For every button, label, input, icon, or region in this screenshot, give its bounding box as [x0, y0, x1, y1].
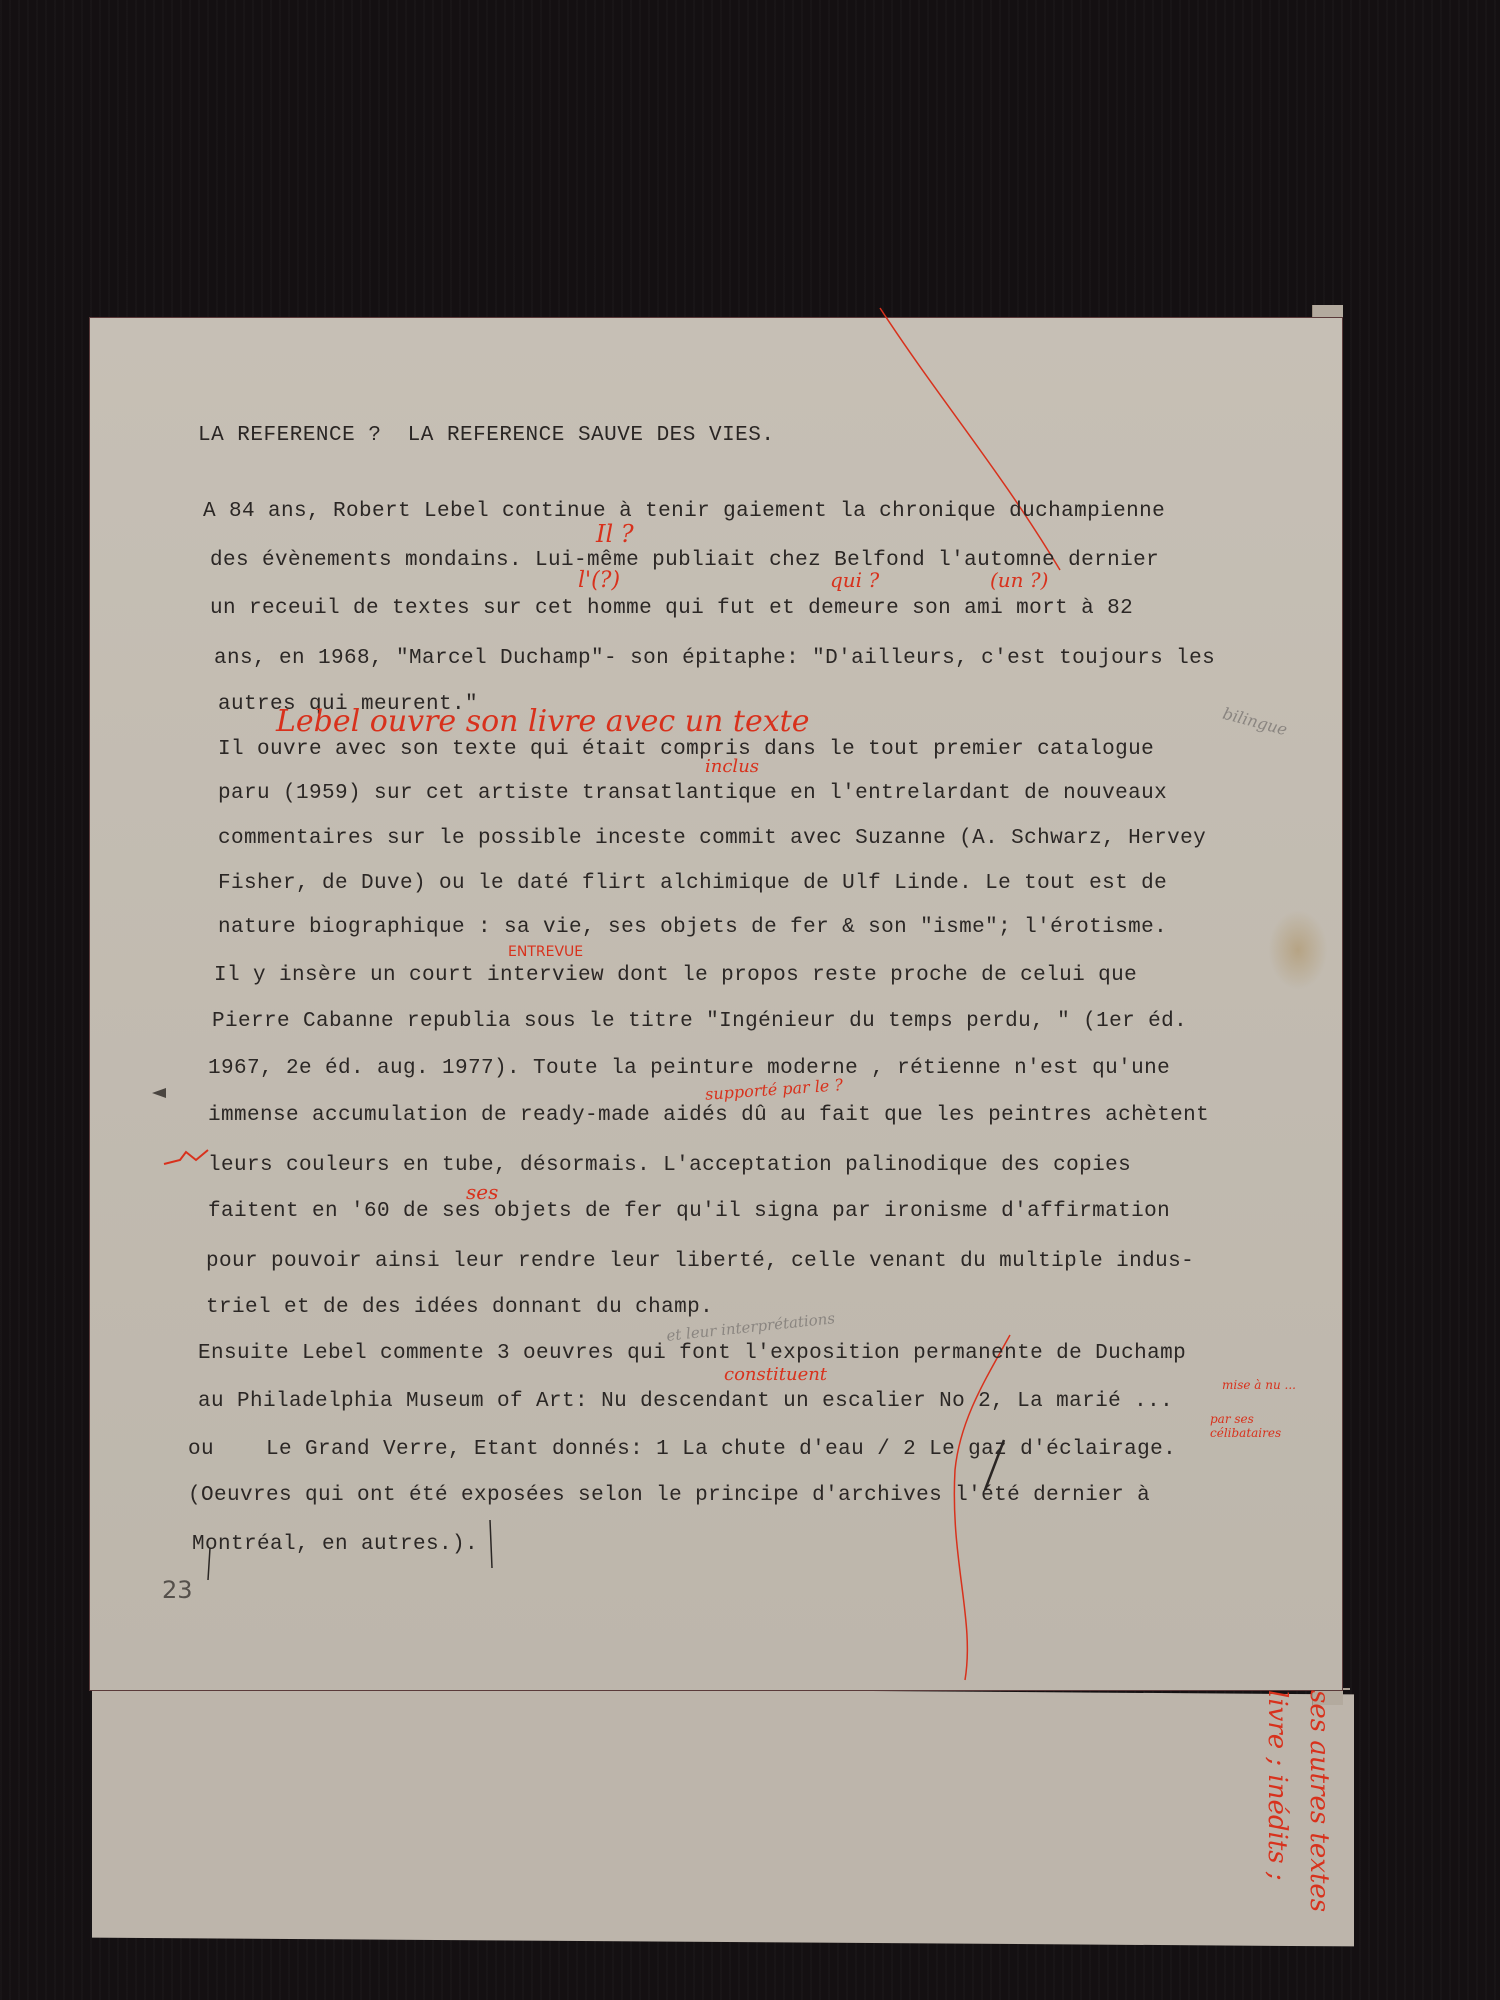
- annotation-celibataires: par ses célibataires: [1210, 1412, 1320, 1440]
- text-line: ou Le Grand Verre, Etant donnés: 1 La ch…: [188, 1438, 1176, 1461]
- annotation-marie: mise à nu ...: [1222, 1378, 1296, 1392]
- annotation-entrevue: ENTREVUE: [508, 944, 583, 960]
- text-line: Ensuite Lebel commente 3 oeuvres qui fon…: [198, 1342, 1186, 1365]
- annotation-inclus: inclus: [705, 756, 759, 777]
- text-line: 1967, 2e éd. aug. 1977). Toute la peintu…: [208, 1057, 1170, 1080]
- annotation-qui-question: qui ?: [830, 568, 879, 592]
- text-line: triel et de des idées donnant du champ.: [206, 1296, 713, 1319]
- annotation-il: Il ?: [596, 520, 634, 548]
- annotation-un-question: (un ?): [990, 568, 1048, 592]
- document-title: LA REFERENCE ? LA REFERENCE SAUVE DES VI…: [198, 424, 775, 447]
- annotation-l-question: l'(?): [578, 568, 620, 593]
- text-line: Montréal, en autres.).: [192, 1533, 478, 1556]
- margin-note-right: ses autres textes livre ; inédits ;: [1190, 1690, 1340, 1930]
- text-line: Fisher, de Duve) ou le daté flirt alchim…: [218, 872, 1167, 895]
- annotation-ses: ses: [466, 1180, 498, 1204]
- text-line: faitent en '60 de ses objets de fer qu'i…: [208, 1200, 1170, 1223]
- annotation-constituent: constituent: [724, 1364, 827, 1385]
- page-number: 23: [162, 1576, 193, 1604]
- text-line: immense accumulation de ready-made aidés…: [208, 1104, 1209, 1127]
- text-line: (Oeuvres qui ont été exposées selon le p…: [188, 1484, 1150, 1507]
- text-line: Il ouvre avec son texte qui était compri…: [218, 738, 1154, 761]
- text-line: paru (1959) sur cet artiste transatlanti…: [218, 782, 1167, 805]
- text-line: pour pouvoir ainsi leur rendre leur libe…: [206, 1250, 1194, 1273]
- text-line: au Philadelphia Museum of Art: Nu descen…: [198, 1390, 1173, 1413]
- text-line: Il y insère un court interview dont le p…: [214, 964, 1137, 987]
- text-line: Pierre Cabanne republia sous le titre "I…: [212, 1010, 1187, 1033]
- annotation-lebel-ouvre: Lebel ouvre son livre avec un texte: [276, 704, 809, 739]
- text-line: ans, en 1968, "Marcel Duchamp"- son épit…: [214, 647, 1215, 670]
- text-line: leurs couleurs en tube, désormais. L'acc…: [208, 1154, 1131, 1177]
- text-line: commentaires sur le possible inceste com…: [218, 827, 1206, 850]
- text-line: nature biographique : sa vie, ses objets…: [218, 916, 1167, 939]
- text-line: un receuil de textes sur cet homme qui f…: [210, 597, 1133, 620]
- text-line: A 84 ans, Robert Lebel continue à tenir …: [203, 500, 1165, 523]
